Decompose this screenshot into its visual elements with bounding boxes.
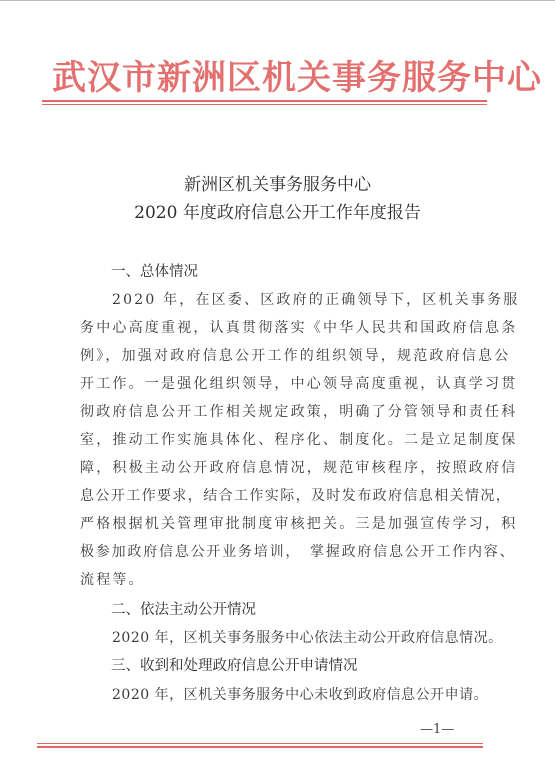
body-line: 严格根据机关管理审批制度审核把关。三是加强宣传学习，积: [80, 514, 517, 534]
masthead-rule-thick: [42, 100, 487, 102]
body-line: 开工作。一是强化组织领导，中心领导高度重视，认真学习贯: [80, 374, 517, 394]
page-edge: [0, 0, 555, 1]
body-line: 例》，加强对政府信息公开工作的组织领导，规范政府信息公: [80, 346, 510, 366]
body-line: 2020 年，在区委、区政府的正确领导下，区机关事务服: [112, 290, 519, 310]
report-title-line1: 新洲区机关事务服务中心: [0, 173, 555, 197]
body-line: 障，积极主动公开政府信息情况，规范审核程序，按照政府信: [80, 458, 517, 478]
report-title-line2: 2020 年度政府信息公开工作年度报告: [0, 201, 555, 225]
section-heading-applications: 三、收到和处理政府信息公开申请情况: [111, 656, 358, 676]
footer-rule-thick: [37, 746, 483, 748]
body-line: 极参加政府信息公开业务培训， 掌握政府信息公开工作内容、: [80, 542, 515, 562]
masthead-title: 武汉市新洲区机关事务服务中心: [52, 58, 482, 98]
page-number: —1—: [420, 722, 454, 737]
section-heading-proactive-disclosure: 二、依法主动公开情况: [111, 600, 256, 620]
body-line: 2020 年，区机关事务服务中心未收到政府信息公开申请。: [112, 685, 488, 705]
footer-rule-thin: [37, 743, 483, 744]
body-line: 室，推动工作实施具体化、程序化、制度化。二是立足制度保: [80, 430, 517, 450]
body-line: 2020 年，区机关事务服务中心依法主动公开政府信息情况。: [112, 628, 503, 648]
body-line: 流程等。: [80, 570, 145, 590]
body-line: 务中心高度重视，认真贯彻落实《中华人民共和国政府信息条: [80, 318, 517, 338]
body-line: 息公开工作要求，结合工作实际，及时发布政府信息相关情况，: [80, 486, 511, 506]
masthead-rule-thin: [42, 104, 487, 105]
section-heading-overview: 一、总体情况: [111, 262, 198, 282]
body-line: 彻政府信息公开工作相关规定政策，明确了分管领导和责任科: [80, 402, 517, 422]
